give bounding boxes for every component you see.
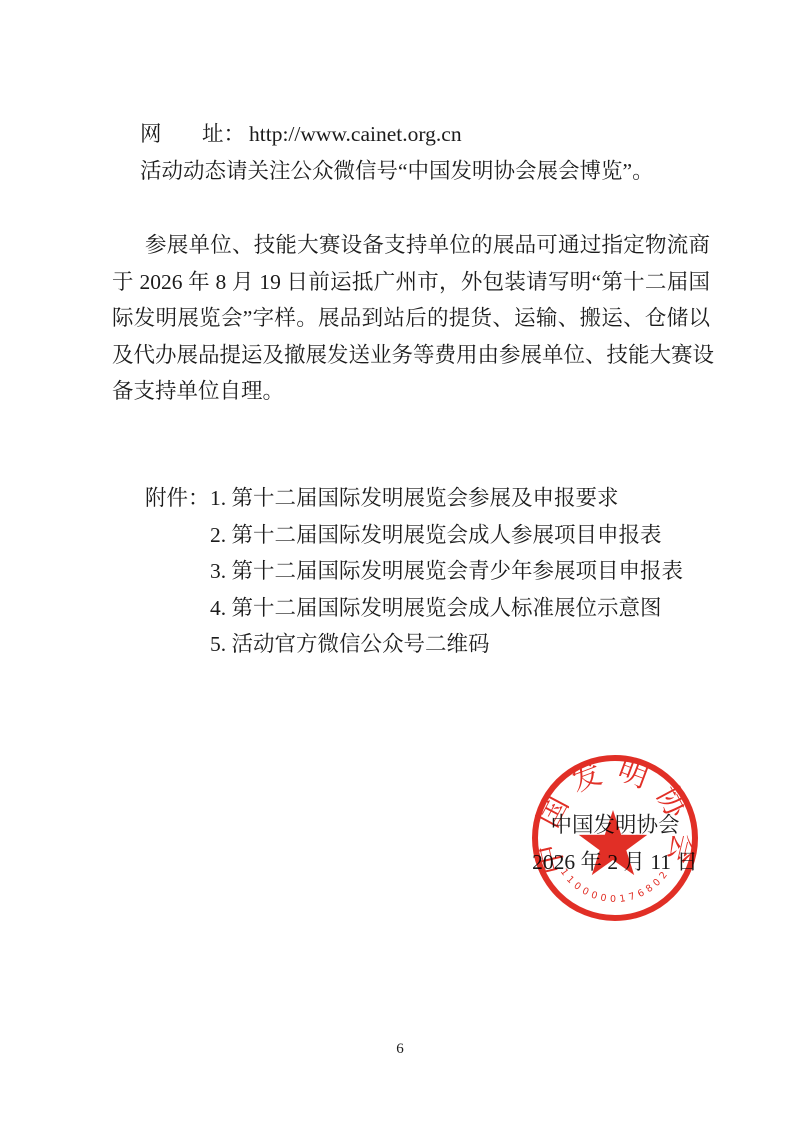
official-seal: 中国发明协会 1100000176802 <box>520 743 710 938</box>
website-line: 网址：http://www.cainet.org.cn <box>140 116 720 153</box>
document-page: 网址：http://www.cainet.org.cn 活动动态请关注公众微信号… <box>0 0 800 1131</box>
contact-block: 网址：http://www.cainet.org.cn 活动动态请关注公众微信号… <box>140 116 720 189</box>
paragraph-line: 参展单位、技能大赛设备支持单位的展品可通过指定物流商 <box>112 227 710 264</box>
website-label-second: 址： <box>202 116 245 153</box>
seal-star-icon <box>579 810 647 875</box>
attachments-list: 附件： 1. 第十二届国际发明展览会参展及申报要求 2. 第十二届国际发明展览会… <box>145 480 745 663</box>
wechat-notice-line: 活动动态请关注公众微信号“中国发明协会展会博览”。 <box>140 153 720 190</box>
paragraph-line: 于 2026 年 8 月 19 日前运抵广州市，外包装请写明“第十二届国 <box>112 264 710 301</box>
attachment-item: 4. 第十二届国际发明展览会成人标准展位示意图 <box>210 590 745 627</box>
attachment-row: 附件： 1. 第十二届国际发明展览会参展及申报要求 <box>145 480 745 517</box>
website-label-first: 网 <box>140 116 162 153</box>
page-number: 6 <box>0 1041 800 1058</box>
attachment-item: 3. 第十二届国际发明展览会青少年参展项目申报表 <box>210 553 745 590</box>
paragraph-line: 备支持单位自理。 <box>112 373 710 410</box>
attachment-item: 2. 第十二届国际发明展览会成人参展项目申报表 <box>210 517 745 554</box>
website-url: http://www.cainet.org.cn <box>249 122 462 146</box>
attachment-item: 1. 第十二届国际发明展览会参展及申报要求 <box>210 480 619 517</box>
seal-serial-number: 1100000176802 <box>558 867 672 905</box>
paragraph-line: 际发明展览会”字样。展品到站后的提货、运输、搬运、仓储以 <box>112 300 710 337</box>
attachment-item: 5. 活动官方微信公众号二维码 <box>210 626 745 663</box>
body-paragraph: 参展单位、技能大赛设备支持单位的展品可通过指定物流商 于 2026 年 8 月 … <box>112 227 710 410</box>
website-label: 网址： <box>140 116 245 153</box>
paragraph-line: 及代办展品提运及撤展发送业务等费用由参展单位、技能大赛设 <box>112 337 710 374</box>
attachments-label: 附件： <box>145 480 210 517</box>
